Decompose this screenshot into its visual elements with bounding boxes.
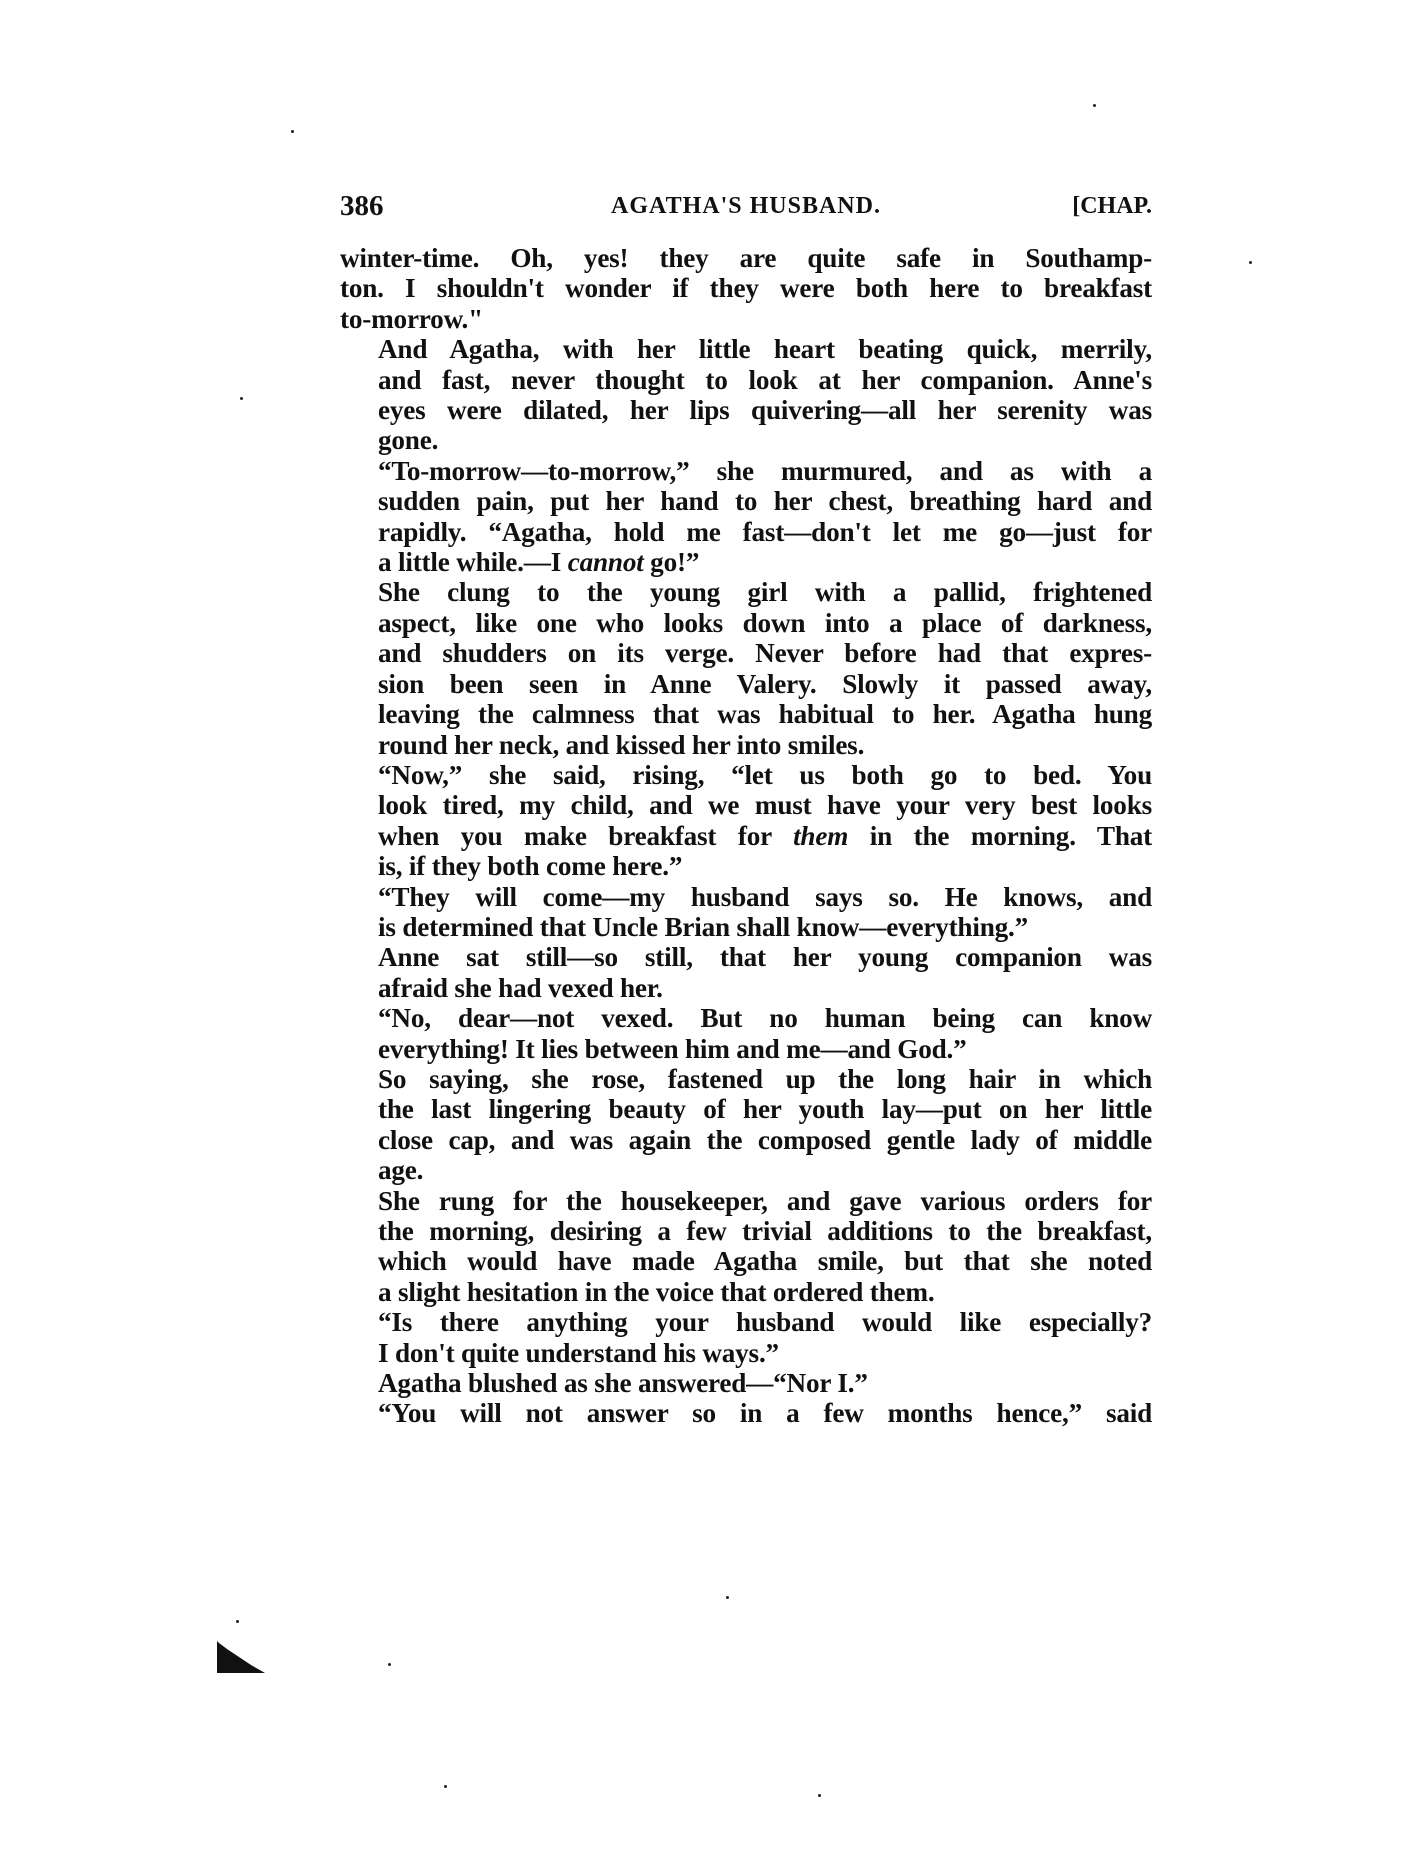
text-line: look tired, my child, and we must have y… — [340, 790, 1152, 820]
text-line: sion been seen in Anne Valery. Slowly it… — [340, 669, 1152, 699]
text-line: everything! It lies between him and me—a… — [340, 1034, 1152, 1064]
text-line: and shudders on its verge. Never before … — [340, 638, 1152, 668]
paragraph: Anne sat still—so still, that her young … — [340, 942, 1152, 1003]
scan-speck — [1249, 261, 1252, 264]
text-line: to-morrow." — [340, 304, 1152, 334]
text-line: Anne sat still—so still, that her young … — [340, 942, 1152, 972]
text-line: age. — [340, 1155, 1152, 1185]
paragraph: “They will come—my husband says so. He k… — [340, 882, 1152, 943]
text-line: “Now,” she said, rising, “let us both go… — [340, 760, 1152, 790]
text-line: Agatha blushed as she answered—“Nor I.” — [340, 1368, 1152, 1398]
paragraph: Agatha blushed as she answered—“Nor I.” — [340, 1368, 1152, 1398]
text-line: close cap, and was again the composed ge… — [340, 1125, 1152, 1155]
paragraph: “Is there anything your husband would li… — [340, 1307, 1152, 1368]
text-line: So saying, she rose, fastened up the lon… — [340, 1064, 1152, 1094]
paragraph: “To-morrow—to-morrow,” she murmured, and… — [340, 456, 1152, 578]
paragraph: winter-time. Oh, yes! they are quite saf… — [340, 243, 1152, 334]
text-line: is determined that Uncle Brian shall kno… — [340, 912, 1152, 942]
paragraph: She rung for the housekeeper, and gave v… — [340, 1186, 1152, 1308]
text-line: round her neck, and kissed her into smil… — [340, 730, 1152, 760]
scan-speck — [818, 1794, 821, 1797]
text-line: She rung for the housekeeper, and gave v… — [340, 1186, 1152, 1216]
text-line: when you make breakfast for them in the … — [340, 821, 1152, 851]
text-line: rapidly. “Agatha, hold me fast—don't let… — [340, 517, 1152, 547]
text-line: winter-time. Oh, yes! they are quite saf… — [340, 243, 1152, 273]
text-line: a little while.—I cannot go!” — [340, 547, 1152, 577]
paragraph: “Now,” she said, rising, “let us both go… — [340, 760, 1152, 882]
text-line: leaving the calmness that was habitual t… — [340, 699, 1152, 729]
text-line: and fast, never thought to look at her c… — [340, 365, 1152, 395]
body-text: winter-time. Oh, yes! they are quite saf… — [340, 243, 1152, 1429]
paragraph: “You will not answer so in a few months … — [340, 1398, 1152, 1428]
scan-speck — [726, 1596, 729, 1599]
paragraph: “No, dear—not vexed. But no human being … — [340, 1003, 1152, 1064]
book-page: 386 AGATHA'S HUSBAND. [CHAP. winter-time… — [340, 186, 1152, 1429]
scan-speck — [388, 1663, 391, 1666]
text-line: And Agatha, with her little heart beatin… — [340, 334, 1152, 364]
text-line: “They will come—my husband says so. He k… — [340, 882, 1152, 912]
running-head: 386 AGATHA'S HUSBAND. [CHAP. — [340, 186, 1152, 226]
paragraph: So saying, she rose, fastened up the lon… — [340, 1064, 1152, 1186]
emphasis: cannot — [568, 547, 644, 577]
text-line: “You will not answer so in a few months … — [340, 1398, 1152, 1428]
text-line: ton. I shouldn't wonder if they were bot… — [340, 273, 1152, 303]
text-line: She clung to the young girl with a palli… — [340, 577, 1152, 607]
text-line: the last lingering beauty of her youth l… — [340, 1094, 1152, 1124]
text-line: is, if they both come here.” — [340, 851, 1152, 881]
scan-speck — [291, 130, 294, 133]
scan-speck — [236, 1620, 239, 1623]
text-line: a slight hesitation in the voice that or… — [340, 1277, 1152, 1307]
scan-speck — [240, 397, 243, 400]
text-line: eyes were dilated, her lips quivering—al… — [340, 395, 1152, 425]
text-line: gone. — [340, 425, 1152, 455]
text-line: which would have made Agatha smile, but … — [340, 1246, 1152, 1276]
text-line: sudden pain, put her hand to her chest, … — [340, 486, 1152, 516]
text-line: the morning, desiring a few trivial addi… — [340, 1216, 1152, 1246]
paragraph: And Agatha, with her little heart beatin… — [340, 334, 1152, 456]
paragraph: She clung to the young girl with a palli… — [340, 577, 1152, 759]
text-line: “To-morrow—to-morrow,” she murmured, and… — [340, 456, 1152, 486]
text-line: “Is there anything your husband would li… — [340, 1307, 1152, 1337]
chapter-marker: [CHAP. — [1072, 186, 1152, 226]
scan-artifact-page-tab-icon — [217, 1641, 265, 1673]
scan-speck — [444, 1785, 447, 1788]
running-title: AGATHA'S HUSBAND. — [340, 186, 1152, 226]
text-line: “No, dear—not vexed. But no human being … — [340, 1003, 1152, 1033]
text-line: afraid she had vexed her. — [340, 973, 1152, 1003]
text-line: aspect, like one who looks down into a p… — [340, 608, 1152, 638]
emphasis: them — [793, 821, 848, 851]
text-line: I don't quite understand his ways.” — [340, 1338, 1152, 1368]
scan-speck — [1093, 104, 1096, 107]
